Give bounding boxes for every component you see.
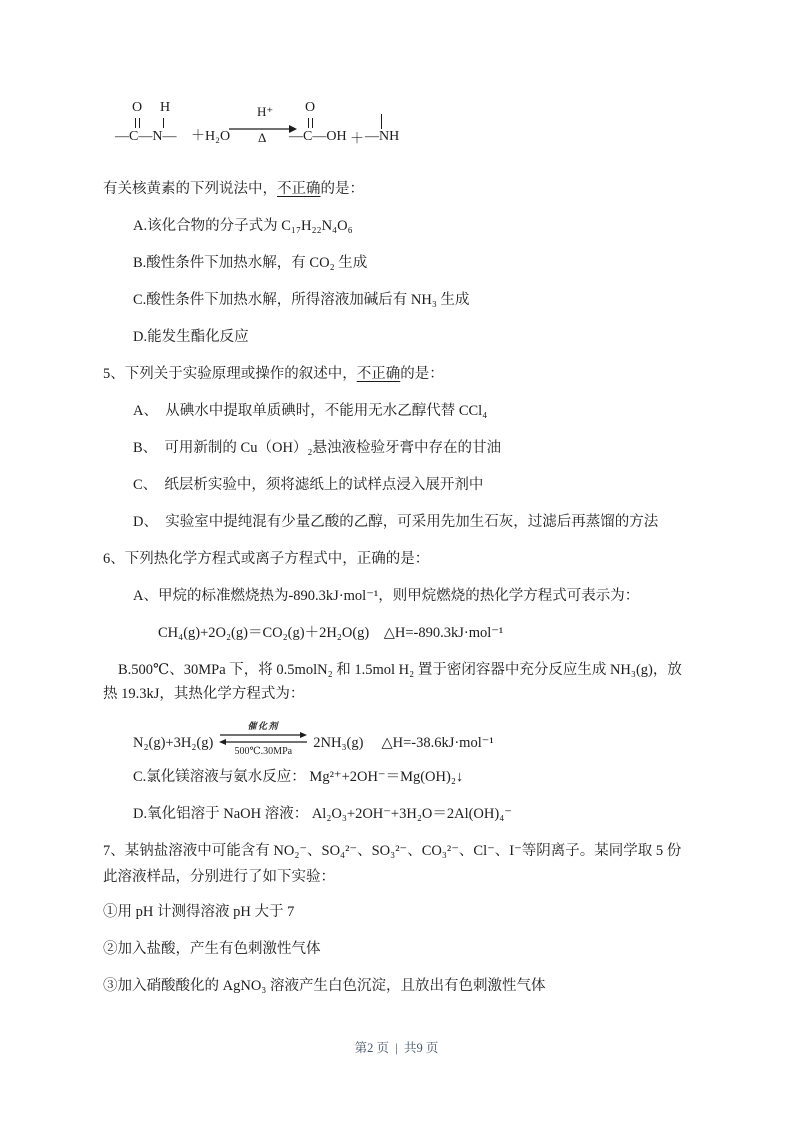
- oxygen-atom-label: O: [132, 101, 142, 115]
- q4-stem-prefix: 有关核黄素的下列说法中，: [103, 181, 277, 197]
- equation-b-products: 2NH₃(g): [313, 733, 363, 753]
- equation-b-enthalpy: △H=-38.6kJ·mol⁻¹: [381, 733, 493, 753]
- q5-stem-underline: 不正确: [357, 366, 401, 382]
- equation-b-reactants: N₂(g)+3H₂(g): [133, 733, 213, 753]
- q5-stem: 5、下列关于实验原理或操作的叙述中，不正确的是：: [103, 364, 773, 385]
- amine-group-label: —NH: [365, 130, 399, 144]
- q5-stem-prefix: 5、下列关于实验原理或操作的叙述中，: [103, 366, 357, 382]
- double-bond-icon: [312, 118, 313, 128]
- q5-option-a: A、 从碘水中提取单质碘时，不能用无水乙醇代替 CCl₄: [103, 401, 773, 422]
- q5-stem-suffix: 的是：: [400, 366, 444, 382]
- q4-option-c: C.酸性条件下加热水解，所得溶液加碱后有 NH₃ 生成: [103, 290, 773, 311]
- document-page: O H —C—N— ＋H₂O H⁺ Δ O —C—OH: [0, 0, 793, 1122]
- single-bond-icon: [163, 118, 164, 128]
- q7-stem-line2: 此溶液样品，分别进行了如下实验：: [103, 867, 773, 888]
- double-bond-icon: [139, 118, 140, 128]
- page-content: O H —C—N— ＋H₂O H⁺ Δ O —C—OH: [103, 95, 773, 1013]
- single-bond-icon: [381, 114, 382, 129]
- q4-option-d: D.能发生酯化反应: [103, 327, 773, 348]
- q4-stem: 有关核黄素的下列说法中，不正确的是：: [103, 179, 773, 200]
- q6-option-b-line1: B.500℃、30MPa 下，将 0.5molN₂ 和 1.5mol H₂ 置于…: [103, 660, 773, 681]
- page-footer: 第2 页 | 共9 页: [0, 1038, 793, 1056]
- q4-stem-suffix: 的是：: [321, 181, 365, 197]
- equilibrium-arrows-icon: 催化剂 500℃.30MPa: [217, 721, 309, 757]
- q6-equation-b: N₂(g)+3H₂(g) 催化剂 500℃.30MPa 2NH₃(g) △H=-…: [103, 717, 773, 753]
- acid-group-label: —C—OH: [289, 130, 347, 144]
- h-plus-label: H⁺: [257, 105, 273, 119]
- delta-label: Δ: [258, 131, 266, 145]
- q4-option-b: B.酸性条件下加热水解，有 CO₂ 生成: [103, 253, 773, 274]
- q4-option-a: A.该化合物的分子式为 C₁₇H₂₂N₄O₆: [103, 216, 773, 237]
- q7-step-1: ①用 pH 计测得溶液 pH 大于 7: [103, 902, 773, 923]
- q6-option-d: D.氧化铝溶于 NaOH 溶液： Al₂O₃+2OH⁻+3H₂O＝2Al(OH)…: [103, 804, 773, 825]
- q7-stem-line1: 7、某钠盐溶液中可能含有 NO₂⁻、SO₄²⁻、SO₃²⁻、CO₃²⁻、Cl⁻、…: [103, 841, 773, 862]
- q6-stem: 6、下列热化学方程式或离子方程式中，正确的是：: [103, 549, 773, 570]
- q7-step-3: ③加入硝酸酸化的 AgNO₃ 溶液产生白色沉淀，且放出有色刺激性气体: [103, 976, 773, 997]
- conditions-label: 500℃.30MPa: [235, 746, 293, 757]
- q7-step-2: ②加入盐酸，产生有色刺激性气体: [103, 939, 773, 960]
- double-bond-icon: [308, 118, 309, 128]
- q4-stem-underline: 不正确: [277, 181, 321, 197]
- plus-water-label: ＋H₂O: [191, 130, 230, 144]
- q5-option-d: D、 实验室中提纯混有少量乙酸的乙醇，可采用先加生石灰，过滤后再蒸馏的方法: [103, 512, 773, 533]
- equilibrium-arrow-svg: [217, 731, 309, 746]
- q6-equation-a: CH₄(g)+2O₂(g)＝CO₂(g)＋2H₂O(g) △H=-890.3kJ…: [103, 623, 773, 644]
- plus-sign-label: ＋: [350, 133, 364, 147]
- q6-option-a: A、甲烷的标准燃烧热为-890.3kJ·mol⁻¹，则甲烷燃烧的热化学方程式可表…: [103, 586, 773, 607]
- q6-option-c: C.氯化镁溶液与氨水反应： Mg²⁺+2OH⁻＝Mg(OH)₂↓: [103, 767, 773, 788]
- hydrogen-atom-label: H: [160, 101, 170, 115]
- reaction-scheme: O H —C—N— ＋H₂O H⁺ Δ O —C—OH: [115, 95, 773, 155]
- double-bond-icon: [135, 118, 136, 128]
- amide-backbone-label: —C—N—: [115, 130, 176, 144]
- q5-option-b: B、 可用新制的 Cu（OH）₂悬浊液检验牙膏中存在的甘油: [103, 438, 773, 459]
- oxygen-atom-label: O: [305, 101, 315, 115]
- q6-option-b-line2: 热 19.3kJ，其热化学方程式为：: [103, 684, 773, 705]
- catalyst-label: 催化剂: [248, 721, 280, 731]
- q5-option-c: C、 纸层析实验中，须将滤纸上的试样点浸入展开剂中: [103, 475, 773, 496]
